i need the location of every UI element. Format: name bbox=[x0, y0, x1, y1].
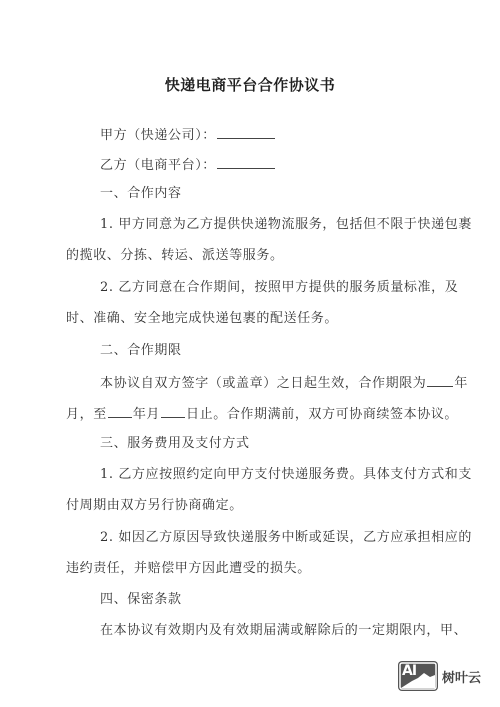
section-3-item-1-line-2: 付周期由双方另行协商确定。 bbox=[66, 498, 436, 514]
section-heading-3: 三、服务费用及支付方式 bbox=[100, 436, 470, 452]
ai-image-logo-icon: AI bbox=[398, 661, 438, 691]
watermark: AI 树叶云 bbox=[398, 659, 481, 693]
section-1-item-1-line-2: 的揽收、分拣、转运、派送等服务。 bbox=[66, 248, 436, 264]
party-b-label: 乙方（电商平台）： bbox=[100, 158, 216, 173]
section-3-item-1-line-1: 1. 乙方应按照约定向甲方支付快递服务费。具体支付方式和支 bbox=[100, 467, 470, 483]
watermark-brand: 树叶云 bbox=[442, 667, 481, 686]
end-year-blank bbox=[108, 405, 132, 418]
section-heading-1: 一、合作内容 bbox=[100, 186, 470, 202]
section-heading-2: 二、合作期限 bbox=[100, 343, 470, 359]
year-unit: 年 bbox=[454, 376, 468, 391]
document-title: 快递电商平台合作协议书 bbox=[0, 74, 500, 95]
section-1-item-2-line-1: 2. 乙方同意在合作期间，按照甲方提供的服务质量标准，及 bbox=[100, 280, 470, 296]
section-3-item-2-line-2: 违约责任，并赔偿甲方因此遭受的损失。 bbox=[66, 561, 436, 577]
mountain-icon bbox=[398, 661, 438, 691]
section-2-line-1: 本协议自双方签字（或盖章）之日起生效，合作期限为年 bbox=[100, 374, 470, 392]
term-years-blank bbox=[427, 374, 453, 387]
section-2-line-2: 月，至年月日止。合作期满前，双方可协商续签本协议。 bbox=[66, 405, 436, 423]
party-b-blank bbox=[217, 156, 275, 169]
section-1-item-1-line-1: 1. 甲方同意为乙方提供快递物流服务，包括但不限于快递包裹 bbox=[100, 217, 470, 233]
term-text: 本协议自双方签字（或盖章）之日起生效，合作期限为 bbox=[100, 376, 426, 391]
party-b-line: 乙方（电商平台）： bbox=[100, 156, 470, 174]
month-to-text: 月，至 bbox=[66, 407, 107, 422]
end-day-blank bbox=[161, 405, 185, 418]
section-1-item-2-line-2: 时、准确、安全地完成快递包裹的配送任务。 bbox=[66, 311, 436, 327]
party-a-line: 甲方（快递公司）： bbox=[100, 126, 470, 144]
party-a-label: 甲方（快递公司）： bbox=[100, 128, 216, 143]
section-heading-4: 四、保密条款 bbox=[100, 592, 470, 608]
end-text: 日止。合作期满前，双方可协商续签本协议。 bbox=[186, 407, 458, 422]
year-month-text: 年月 bbox=[133, 407, 160, 422]
section-3-item-2-line-1: 2. 如因乙方原因导致快递服务中断或延误，乙方应承担相应的 bbox=[100, 530, 470, 546]
party-a-blank bbox=[217, 126, 275, 139]
document-page: 快递电商平台合作协议书 甲方（快递公司）： 乙方（电商平台）： 一、合作内容 1… bbox=[0, 0, 500, 707]
section-4-line-1: 在本协议有效期内及有效期届满或解除后的一定期限内，甲、 bbox=[100, 623, 470, 639]
